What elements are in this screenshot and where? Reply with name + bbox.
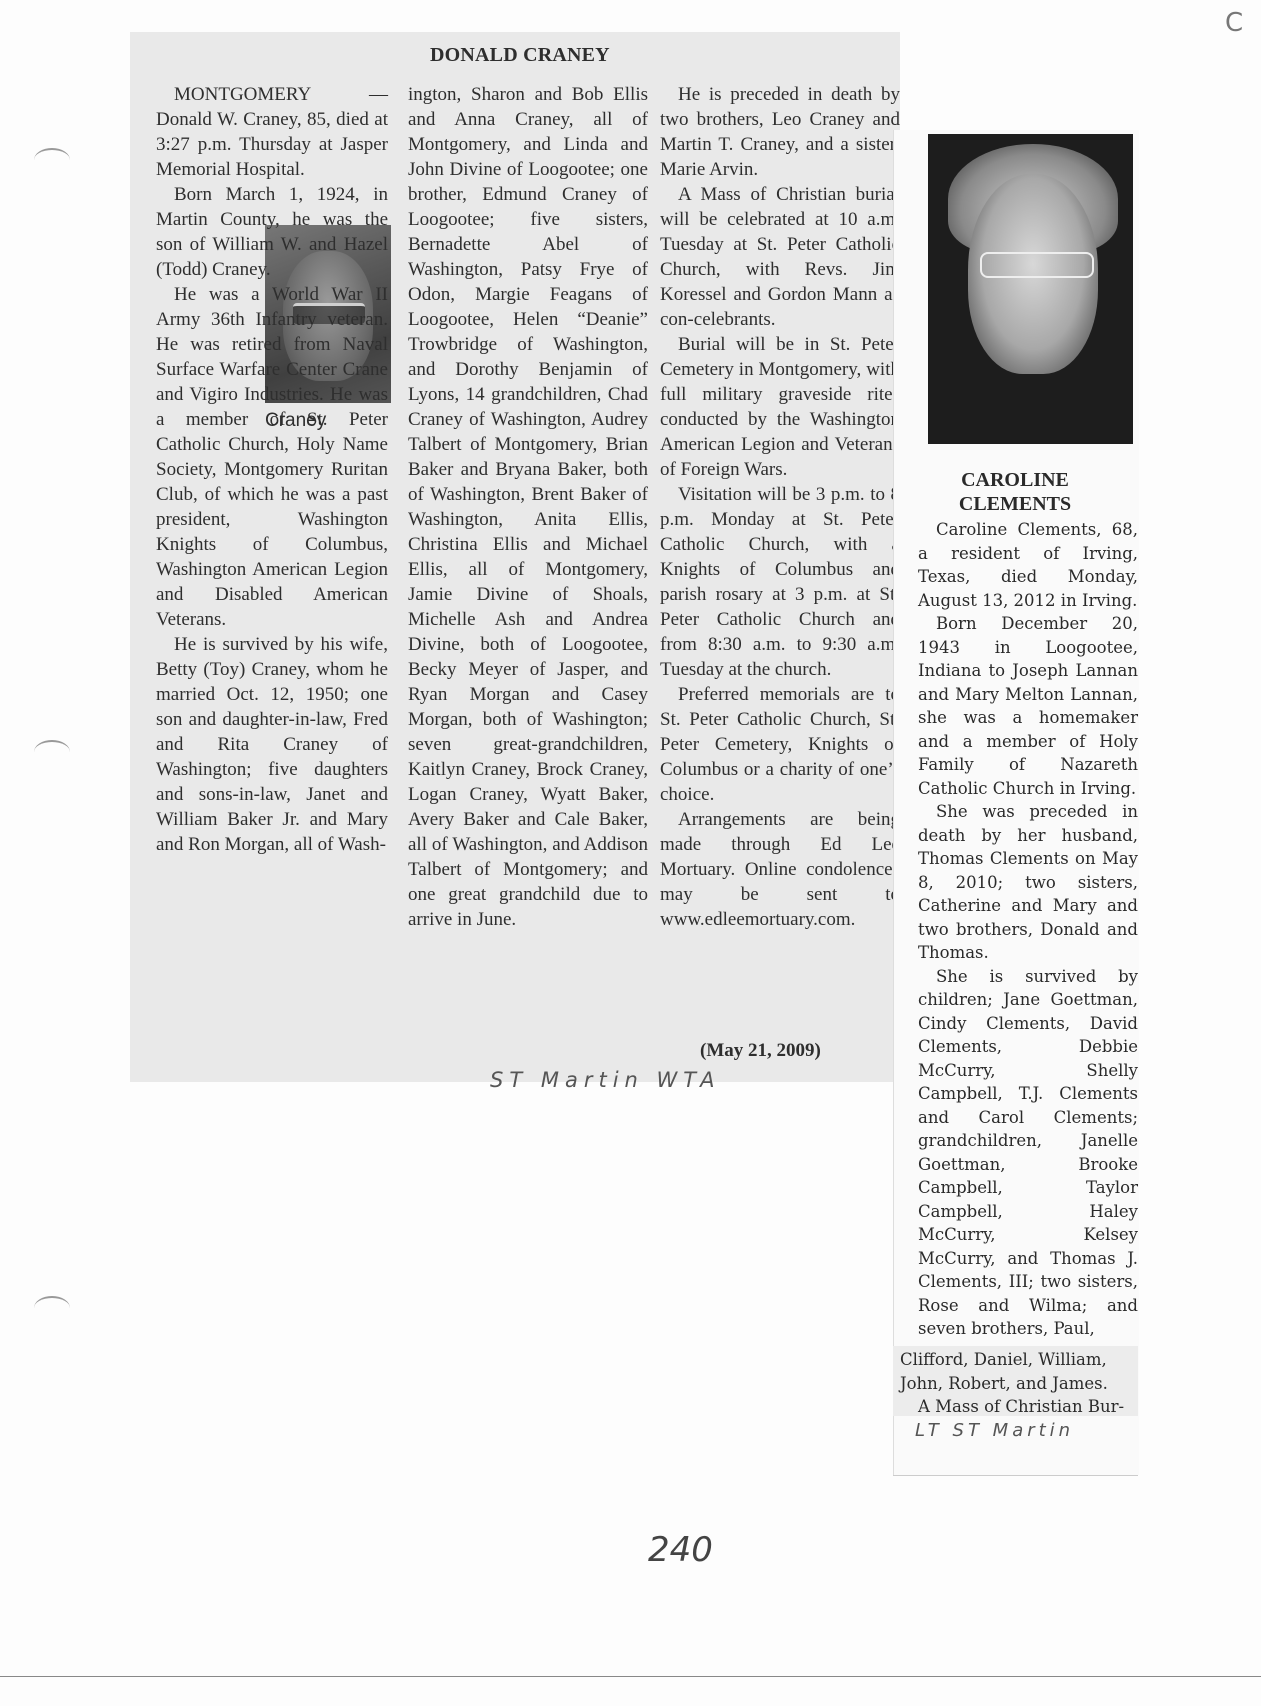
punch-hole xyxy=(34,148,70,172)
paragraph: ington, Sharon and Bob Ellis and Anna Cr… xyxy=(408,82,648,932)
corner-mark: C xyxy=(1225,8,1243,38)
paragraph: Visitation will be 3 p.m. to 8 p.m. Mond… xyxy=(660,482,900,682)
paragraph: MONTGOMERY — Donald W. Craney, 85, died … xyxy=(156,82,388,182)
divider xyxy=(0,1676,1261,1677)
paragraph: He was a World War II Army 36th Infantry… xyxy=(156,282,388,632)
text-column-3: He is preceded in death by two brothers,… xyxy=(660,82,900,932)
paragraph: She is survived by children; Jane Goettm… xyxy=(918,965,1138,1341)
divider xyxy=(893,1475,1138,1476)
continuation-text: Clifford, Daniel, William, John, Robert,… xyxy=(900,1348,1125,1419)
handwritten-note: ST Martin WTA xyxy=(490,1068,721,1092)
glasses-shape xyxy=(980,252,1094,278)
paragraph-text: Born March 1, 1924, in Martin County, he… xyxy=(156,182,388,282)
paragraph: Caroline Clements, 68, a resident of Irv… xyxy=(918,518,1138,612)
text-column-1: MONTGOMERY — Donald W. Craney, 85, died … xyxy=(156,82,388,857)
text-column: Caroline Clements, 68, a resident of Irv… xyxy=(918,518,1138,1341)
text-column-2: ington, Sharon and Bob Ellis and Anna Cr… xyxy=(408,82,648,932)
paragraph: Burial will be in St. Peter Cemetery in … xyxy=(660,332,900,482)
paragraph: A Mass of Christian Bur- xyxy=(900,1395,1125,1419)
paragraph: She was preceded in death by her husband… xyxy=(918,800,1138,965)
paragraph: Clifford, Daniel, William, John, Robert,… xyxy=(900,1348,1125,1395)
paragraph: Arrangements are being made through Ed L… xyxy=(660,807,900,932)
paragraph: A Mass of Christian burial will be celeb… xyxy=(660,182,900,332)
title-line: CAROLINE xyxy=(900,468,1130,492)
obituary-title: DONALD CRANEY xyxy=(430,44,610,67)
paragraph: He is preceded in death by two brothers,… xyxy=(660,82,900,182)
paragraph: He is survived by his wife, Betty (Toy) … xyxy=(156,632,388,857)
publication-date: (May 21, 2009) xyxy=(700,1040,821,1062)
portrait-photo xyxy=(928,134,1133,444)
obituary-title: CAROLINE CLEMENTS xyxy=(900,468,1130,516)
paragraph: Born March 1, 1924, in Martin County, he… xyxy=(156,182,388,282)
page-number: 240 xyxy=(648,1530,713,1570)
handwritten-note: LT ST Martin xyxy=(915,1420,1074,1441)
title-line: CLEMENTS xyxy=(900,492,1130,516)
punch-hole xyxy=(34,1296,70,1320)
punch-hole xyxy=(34,740,70,764)
paragraph: Preferred memorials are to St. Peter Cat… xyxy=(660,682,900,807)
paragraph: Born December 20, 1943 in Loogootee, Ind… xyxy=(918,612,1138,800)
